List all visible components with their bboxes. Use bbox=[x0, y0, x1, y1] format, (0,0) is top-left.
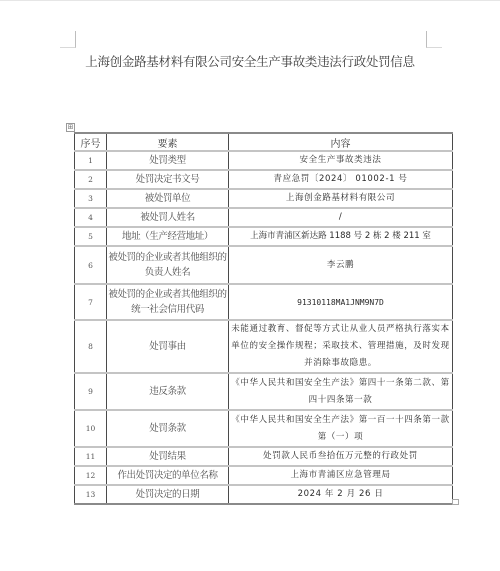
row-key: 处罚条款 bbox=[107, 410, 229, 447]
table-row: 10 处罚条款 《中华人民共和国安全生产法》第一百一十四条第一款第（一）项 bbox=[75, 410, 453, 447]
table-move-handle-icon[interactable]: ⊞ bbox=[66, 123, 75, 132]
row-key: 处罚结果 bbox=[107, 447, 229, 466]
row-value: 上海市青浦区新达路 1188 号 2 栋 2 楼 211 室 bbox=[229, 227, 453, 246]
row-no: 5 bbox=[75, 227, 107, 246]
row-value: 2024 年 2 月 26 日 bbox=[229, 485, 453, 504]
row-no: 8 bbox=[75, 320, 107, 373]
table-row: 1 处罚类型 安全生产事故类违法 bbox=[75, 151, 453, 170]
page-top-edge bbox=[0, 0, 500, 1]
header-value: 内容 bbox=[229, 133, 453, 151]
row-value: 青应急罚〔2024〕 01002-1 号 bbox=[229, 170, 453, 189]
row-key: 违反条款 bbox=[107, 373, 229, 410]
row-no: 2 bbox=[75, 170, 107, 189]
table-row: 12 作出处罚决定的单位名称 上海市青浦区应急管理局 bbox=[75, 466, 453, 485]
table-header-row: 序号 要素 内容 bbox=[75, 133, 453, 151]
row-value: 上海创金路基材料有限公司 bbox=[229, 189, 453, 208]
row-key: 作出处罚决定的单位名称 bbox=[107, 466, 229, 485]
table-resize-handle[interactable] bbox=[452, 499, 459, 505]
row-value: 上海市青浦区应急管理局 bbox=[229, 466, 453, 485]
row-key: 地址（生产经营地址） bbox=[107, 227, 229, 246]
row-key: 处罚决定的日期 bbox=[107, 485, 229, 504]
table-row: 13 处罚决定的日期 2024 年 2 月 26 日 bbox=[75, 485, 453, 504]
document-title: 上海创金路基材料有限公司安全生产事故类违法行政处罚信息 bbox=[0, 52, 500, 70]
table-row: 3 被处罚单位 上海创金路基材料有限公司 bbox=[75, 189, 453, 208]
row-key: 被处罚单位 bbox=[107, 189, 229, 208]
row-no: 13 bbox=[75, 485, 107, 504]
row-value: / bbox=[229, 208, 453, 227]
row-key: 处罚事由 bbox=[107, 320, 229, 373]
table-row: 11 处罚结果 处罚款人民币叁拾伍万元整的行政处罚 bbox=[75, 447, 453, 466]
table-row: 4 被处罚人姓名 / bbox=[75, 208, 453, 227]
row-value: 未能通过教育、督促等方式让从业人员严格执行落实本单位的安全操作规程；采取技术、管… bbox=[229, 320, 453, 373]
row-value: 《中华人民共和国安全生产法》第一百一十四条第一款第（一）项 bbox=[229, 410, 453, 447]
row-value: 《中华人民共和国安全生产法》第四十一条第二款、第四十四条第一款 bbox=[229, 373, 453, 410]
table-row: 5 地址（生产经营地址） 上海市青浦区新达路 1188 号 2 栋 2 楼 21… bbox=[75, 227, 453, 246]
row-key: 被处罚的企业或者其他组织的负责人姓名 bbox=[107, 246, 229, 284]
row-no: 4 bbox=[75, 208, 107, 227]
row-no: 9 bbox=[75, 373, 107, 410]
margin-corner-mark-right bbox=[426, 31, 442, 48]
row-value: 91310118MA1JNM9N7D bbox=[229, 284, 453, 320]
row-no: 11 bbox=[75, 447, 107, 466]
margin-corner-mark-left bbox=[60, 31, 76, 48]
row-value: 处罚款人民币叁拾伍万元整的行政处罚 bbox=[229, 447, 453, 466]
table-row: 6 被处罚的企业或者其他组织的负责人姓名 李云鹏 bbox=[75, 246, 453, 284]
penalty-info-table: 序号 要素 内容 1 处罚类型 安全生产事故类违法 2 处罚决定书文号 青应急罚… bbox=[74, 132, 453, 505]
table-row: 8 处罚事由 未能通过教育、督促等方式让从业人员严格执行落实本单位的安全操作规程… bbox=[75, 320, 453, 373]
table-row: 2 处罚决定书文号 青应急罚〔2024〕 01002-1 号 bbox=[75, 170, 453, 189]
header-key: 要素 bbox=[107, 133, 229, 151]
row-no: 10 bbox=[75, 410, 107, 447]
row-no: 1 bbox=[75, 151, 107, 170]
header-no: 序号 bbox=[75, 133, 107, 151]
row-no: 7 bbox=[75, 284, 107, 320]
row-no: 6 bbox=[75, 246, 107, 284]
row-key: 被处罚人姓名 bbox=[107, 208, 229, 227]
row-value: 李云鹏 bbox=[229, 246, 453, 284]
row-key: 处罚类型 bbox=[107, 151, 229, 170]
row-key: 被处罚的企业或者其他组织的统一社会信用代码 bbox=[107, 284, 229, 320]
row-no: 12 bbox=[75, 466, 107, 485]
row-value: 安全生产事故类违法 bbox=[229, 151, 453, 170]
table-row: 7 被处罚的企业或者其他组织的统一社会信用代码 91310118MA1JNM9N… bbox=[75, 284, 453, 320]
row-key: 处罚决定书文号 bbox=[107, 170, 229, 189]
row-no: 3 bbox=[75, 189, 107, 208]
table-row: 9 违反条款 《中华人民共和国安全生产法》第四十一条第二款、第四十四条第一款 bbox=[75, 373, 453, 410]
